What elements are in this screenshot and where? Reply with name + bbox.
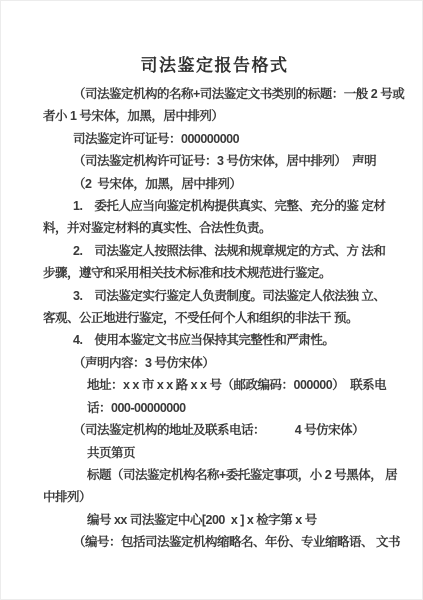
document-line: （声明内容：3 号仿宋体） (43, 352, 386, 374)
document-line: （司法鉴定机构许可证号：3 号仿宋体，居中排列） 声明 (43, 150, 386, 172)
document-line: 者小 1 号宋体，加黑，居中排列） (43, 105, 386, 127)
document-line: （司法鉴定机构的地址及联系电话： 4 号仿宋体） (43, 419, 386, 441)
document-line: 话：000-00000000 (43, 397, 386, 419)
document-line: 3. 司法鉴定实行鉴定人负责制度。司法鉴定人依法独 立、 (43, 285, 386, 307)
document-line: 步骤，遵守和采用相关技术标准和技术规范进行鉴定。 (43, 262, 386, 284)
document-line: 料，并对鉴定材料的真实性、合法性负责。 (43, 217, 386, 239)
document-line: 4. 使用本鉴定文书应当保持其完整性和严肃性。 (43, 329, 386, 351)
document-line: 地址：x x 市 x x 路 x x 号（邮政编码：000000） 联系电 (43, 374, 386, 396)
document-title: 司法鉴定报告格式 (43, 53, 386, 79)
document-page: 司法鉴定报告格式 （司法鉴定机构的名称+司法鉴定文书类别的标题：一般 2 号或 … (0, 0, 423, 600)
document-line: 共页第页 (43, 442, 386, 464)
document-line: 1. 委托人应当向鉴定机构提供真实、完整、充分的鉴 定材 (43, 195, 386, 217)
document-line: （2 号宋体，加黑，居中排列） (43, 173, 386, 195)
document-line: 中排列） (43, 486, 386, 508)
document-line: 客观、公正地进行鉴定，不受任何个人和组织的非法干 预。 (43, 307, 386, 329)
document-line: 标题（司法鉴定机构名称+委托鉴定事项，小 2 号黑体， 居 (43, 464, 386, 486)
document-line: 司法鉴定许可证号：000000000 (43, 128, 386, 150)
document-line: （司法鉴定机构的名称+司法鉴定文书类别的标题：一般 2 号或 (43, 83, 386, 105)
document-line: 2. 司法鉴定人按照法律、法规和规章规定的方式、方 法和 (43, 240, 386, 262)
document-line: （编号：包括司法鉴定机构缩略名、年份、专业缩略语、 文书 (43, 531, 386, 553)
document-line: 编号 xx 司法鉴定中心[200 x ] x 检字第 x 号 (43, 509, 386, 531)
